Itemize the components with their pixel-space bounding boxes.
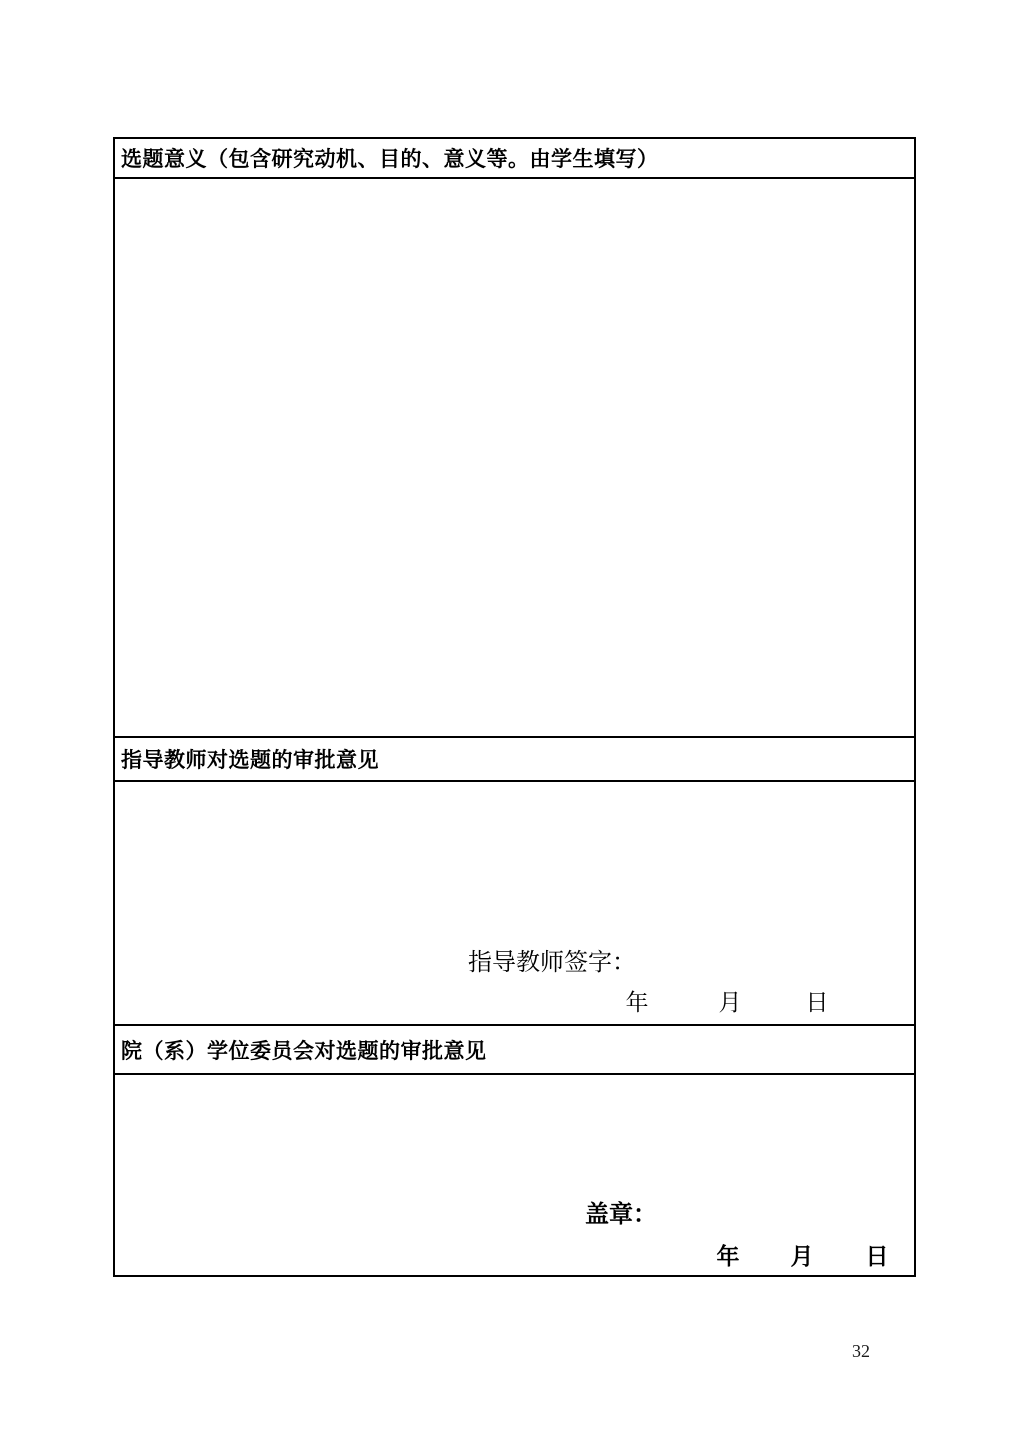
advisor-date-day-label: 日 [806,991,829,1014]
committee-opinion-header: 院（系）学位委员会对选题的审批意见 [121,1035,487,1065]
committee-opinion-input-area[interactable]: 盖章： 年 月 日 [115,1075,914,1275]
advisor-date-month-label: 月 [719,991,742,1014]
topic-significance-header-row: 选题意义（包含研究动机、目的、意义等。由学生填写） [115,139,914,179]
topic-significance-header: 选题意义（包含研究动机、目的、意义等。由学生填写） [121,143,659,173]
document-page: 选题意义（包含研究动机、目的、意义等。由学生填写） 指导教师对选题的审批意见 指… [0,0,1024,1447]
advisor-signature-label: 指导教师签字： [468,951,636,975]
committee-opinion-header-row: 院（系）学位委员会对选题的审批意见 [115,1026,914,1075]
topic-significance-input-area[interactable] [115,179,914,738]
advisor-opinion-header-row: 指导教师对选题的审批意见 [115,738,914,782]
advisor-date-year-label: 年 [626,991,649,1014]
committee-date-month-label: 月 [791,1245,814,1268]
topic-approval-form-table: 选题意义（包含研究动机、目的、意义等。由学生填写） 指导教师对选题的审批意见 指… [113,137,916,1277]
committee-date-year-label: 年 [717,1245,740,1268]
advisor-opinion-input-area[interactable]: 指导教师签字： 年 月 日 [115,782,914,1026]
advisor-opinion-header: 指导教师对选题的审批意见 [121,744,379,774]
page-number: 32 [852,1341,870,1362]
committee-date-day-label: 日 [866,1245,889,1268]
committee-stamp-label: 盖章： [585,1203,657,1227]
